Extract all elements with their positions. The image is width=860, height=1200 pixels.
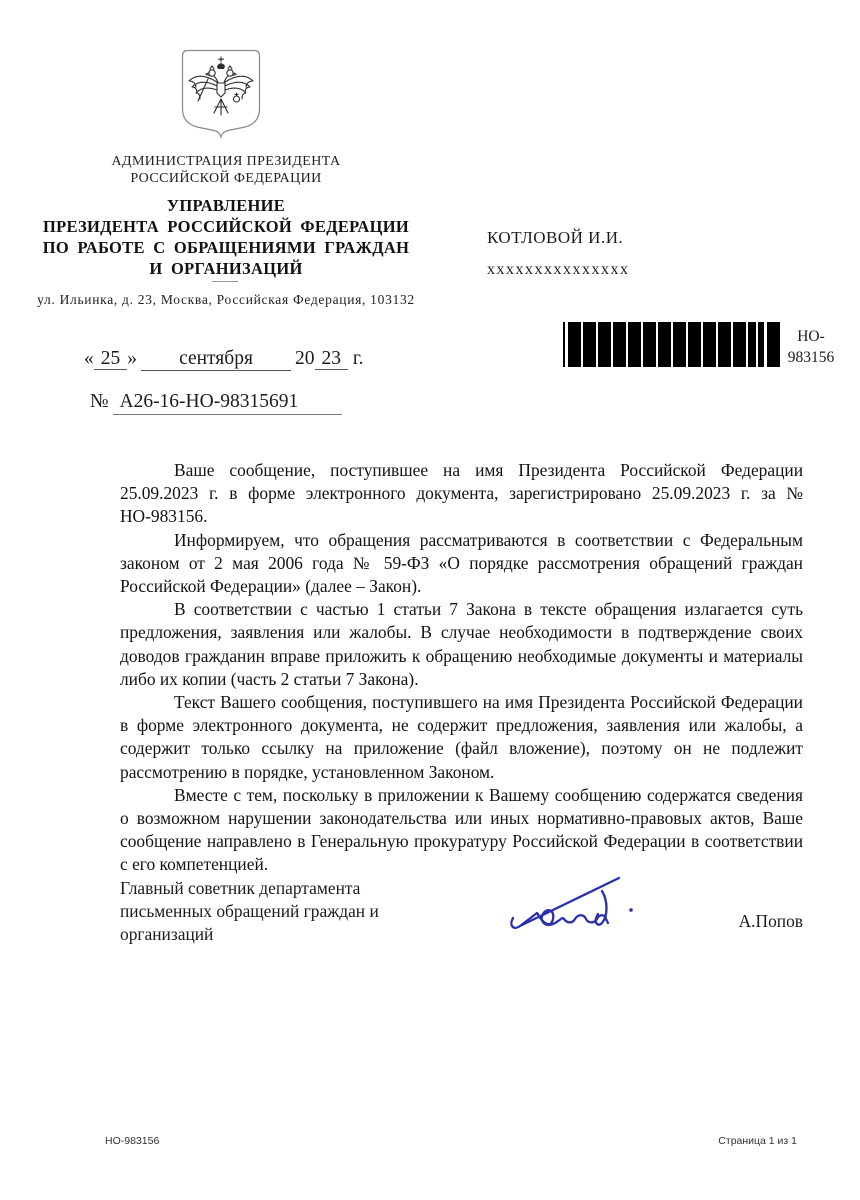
registration-number-line: № А26-16-НО-98315691 [90,391,342,413]
dept-name-line: УПРАВЛЕНИЕ [0,195,452,216]
org-name-line: РОССИЙСКОЙ ФЕДЕРАЦИИ [0,170,452,187]
barcode [563,322,780,367]
letter-body: Ваше сообщение, поступившее на имя Прези… [120,459,803,877]
sender-address: ул. Ильинка, д. 23, Москва, Российская Ф… [0,292,452,308]
date-century: 20 [295,348,315,369]
letterhead-divider [212,281,238,282]
date-year: 23 [315,348,349,370]
registration-number: А26-16-НО-98315691 [113,391,342,415]
dept-name-line: И ОРГАНИЗАЦИЙ [0,258,452,279]
body-paragraph: Ваше сообщение, поступившее на имя Прези… [120,459,803,529]
date-close-quote: » [127,348,137,369]
letter-page: АДМИНИСТРАЦИЯ ПРЕЗИДЕНТА РОССИЙСКОЙ ФЕДЕ… [0,0,860,1200]
barcode-label-top: НО- [770,326,852,347]
coat-of-arms-icon [181,49,261,146]
date-month: сентября [141,348,291,371]
department-name: УПРАВЛЕНИЕ ПРЕЗИДЕНТА РОССИЙСКОЙ ФЕДЕРАЦ… [0,195,452,279]
date-open-quote: « [84,348,94,369]
date-line: «25»сентября2023 г. [84,348,364,371]
barcode-label: НО- 983156 [770,326,852,368]
date-day: 25 [94,348,128,370]
org-name-line: АДМИНИСТРАЦИЯ ПРЕЗИДЕНТА [0,153,452,170]
barcode-label-bottom: 983156 [770,347,852,368]
footer-page-info: Страница 1 из 1 [718,1135,797,1147]
number-prefix: № [90,391,109,412]
recipient-masked-address: xxxxxxxxxxxxxxx [487,261,630,279]
recipient-name: КОТЛОВОЙ И.И. [487,228,623,248]
signature-ink [506,864,646,944]
signer-position-line: Главный советник департамента [120,877,440,900]
footer-doc-number: НО-983156 [105,1135,159,1147]
body-paragraph: Информируем, что обращения рассматривают… [120,529,803,599]
dept-name-line: ПРЕЗИДЕНТА РОССИЙСКОЙ ФЕДЕРАЦИИ [0,216,452,237]
organization-name: АДМИНИСТРАЦИЯ ПРЕЗИДЕНТА РОССИЙСКОЙ ФЕДЕ… [0,153,452,187]
body-paragraph: Вместе с тем, поскольку в приложении к В… [120,784,803,877]
date-suffix: г. [353,348,364,369]
body-paragraph: Текст Вашего сообщения, поступившего на … [120,691,803,784]
dept-name-line: ПО РАБОТЕ С ОБРАЩЕНИЯМИ ГРАЖДАН [0,237,452,258]
signer-name: А.Попов [120,911,803,932]
body-paragraph: В соответствии с частью 1 статьи 7 Закон… [120,598,803,691]
